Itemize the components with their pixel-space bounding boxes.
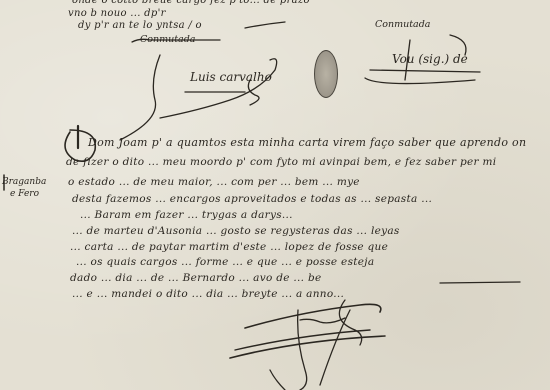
pen-flourishes [0,0,550,390]
